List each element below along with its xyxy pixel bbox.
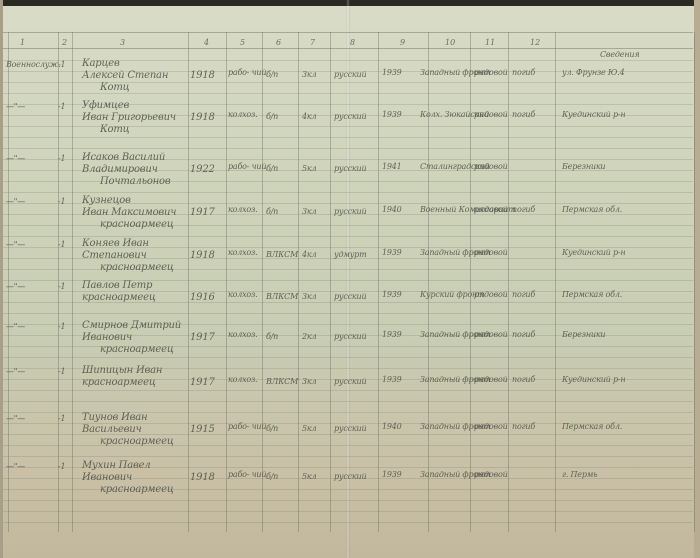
column-rule <box>428 32 429 532</box>
row-status-mark: —"— <box>6 102 25 111</box>
social-origin: рабо- чий <box>228 68 266 77</box>
row-mark: -1 <box>58 60 65 69</box>
person-name-line: Карцев <box>82 58 120 69</box>
education: 3кл <box>302 207 316 216</box>
person-name-line: красноармеец <box>82 377 156 388</box>
party-membership: ВЛКСМ <box>266 292 298 301</box>
birth-year: 1917 <box>190 377 215 388</box>
person-name-line: Иванович <box>82 332 132 343</box>
nationality: русский <box>334 424 366 433</box>
ruled-line <box>3 313 693 314</box>
column-number: 12 <box>530 38 540 47</box>
nationality: русский <box>334 332 366 341</box>
education: 5кл <box>302 164 316 173</box>
person-name-line: Павлов Петр <box>82 280 152 291</box>
person-name-line: Иванович <box>82 472 132 483</box>
person-name-line: красноармеец <box>100 436 174 447</box>
education: 2кл <box>302 332 316 341</box>
row-status-mark: —"— <box>6 240 25 249</box>
person-name-line: Алексей Степан <box>82 70 168 81</box>
ruled-line <box>3 137 693 138</box>
enlisted-year: 1940 <box>382 422 402 431</box>
row-mark: -1 <box>58 367 65 376</box>
scan-left-edge <box>0 0 3 558</box>
enlisted-year: 1939 <box>382 470 402 479</box>
rank: рядовой <box>474 162 508 171</box>
column-rule <box>330 32 331 532</box>
social-origin: колхоз. <box>228 375 258 384</box>
birth-year: 1918 <box>190 472 215 483</box>
person-name-line: Уфимцев <box>82 100 129 111</box>
enlisted-year: 1939 <box>382 290 402 299</box>
education: 3кл <box>302 70 316 79</box>
row-mark: -1 <box>58 197 65 206</box>
enlisted-year: 1941 <box>382 162 402 171</box>
nationality: русский <box>334 292 366 301</box>
fate: погиб <box>512 422 535 431</box>
row-mark: -1 <box>58 282 65 291</box>
ruled-line <box>3 522 693 523</box>
home-address: Березники <box>562 330 605 339</box>
ruled-line <box>3 236 693 237</box>
row-mark: -1 <box>58 240 65 249</box>
row-status-mark: —"— <box>6 197 25 206</box>
person-name-line: Исаков Василий <box>82 152 165 163</box>
header-rule <box>3 48 693 49</box>
person-name-line: Тиунов Иван <box>82 412 147 423</box>
rank: рядовой <box>474 330 508 339</box>
row-status-mark: —"— <box>6 367 25 376</box>
person-name-line: красноармеец <box>82 292 156 303</box>
home-address: Пермская обл. <box>562 290 622 299</box>
education: 3кл <box>302 377 316 386</box>
person-name-line: Котц <box>100 82 129 93</box>
column-number: 4 <box>204 38 209 47</box>
birth-year: 1918 <box>190 70 215 81</box>
enlisted-year: 1939 <box>382 375 402 384</box>
nationality: удмурт <box>334 250 367 259</box>
rank: рядовой <box>474 290 508 299</box>
social-origin: колхоз. <box>228 248 258 257</box>
enlisted-year: 1939 <box>382 68 402 77</box>
person-name-line: красноармеец <box>100 262 174 273</box>
person-name-line: красноармеец <box>100 484 174 495</box>
ruled-line <box>3 500 693 501</box>
row-status-mark: —"— <box>6 322 25 331</box>
ruled-line <box>3 93 693 94</box>
row-status-mark: —"— <box>6 414 25 423</box>
education: 5кл <box>302 472 316 481</box>
social-origin: рабо- чий <box>228 162 266 171</box>
column-rule <box>378 32 379 532</box>
column-number: 7 <box>310 38 315 47</box>
education: 3кл <box>302 292 316 301</box>
fate: погиб <box>512 68 535 77</box>
education: 4кл <box>302 250 316 259</box>
fate: погиб <box>512 330 535 339</box>
header-rule <box>3 32 693 33</box>
home-address: Куединский р-н <box>562 248 625 257</box>
rank: рядовой <box>474 470 508 479</box>
home-address: Березники <box>562 162 605 171</box>
column-rule <box>262 32 263 532</box>
person-name-line: Смирнов Дмитрий <box>82 320 181 331</box>
person-name-line: Шипицын Иван <box>82 365 162 376</box>
birth-year: 1917 <box>190 207 215 218</box>
person-name-line: красноармеец <box>100 219 174 230</box>
birth-year: 1917 <box>190 332 215 343</box>
row-status-mark: Военнослуж. <box>6 60 60 69</box>
row-status-mark: —"— <box>6 154 25 163</box>
home-address: Пермская обл. <box>562 205 622 214</box>
person-name-line: Мухин Павел <box>82 460 150 471</box>
education: 4кл <box>302 112 316 121</box>
column-number: 10 <box>445 38 455 47</box>
column-number: 6 <box>276 38 281 47</box>
person-name-line: Васильевич <box>82 424 142 435</box>
rank: рядовой <box>474 68 508 77</box>
social-origin: колхоз. <box>228 110 258 119</box>
party-membership: б/п <box>266 70 278 79</box>
person-name-line: Степанович <box>82 250 147 261</box>
education: 5кл <box>302 424 316 433</box>
fate: погиб <box>512 375 535 384</box>
nationality: русский <box>334 164 366 173</box>
social-origin: колхоз. <box>228 330 258 339</box>
nationality: русский <box>334 472 366 481</box>
column-number: 9 <box>400 38 405 47</box>
column-rule <box>72 32 73 532</box>
person-name-line: Владимирович <box>82 164 158 175</box>
column-number: 11 <box>485 38 495 47</box>
person-name-line: Коняев Иван <box>82 238 149 249</box>
column-number: 1 <box>20 38 25 47</box>
party-membership: б/п <box>266 112 278 121</box>
column-number: 3 <box>120 38 125 47</box>
column-rule <box>470 32 471 532</box>
social-origin: колхоз. <box>228 205 258 214</box>
home-address: г. Пермь <box>562 470 597 479</box>
person-name-line: Кузнецов <box>82 195 131 206</box>
ruled-line <box>3 401 693 402</box>
social-origin: рабо- чий <box>228 422 266 431</box>
enlisted-year: 1939 <box>382 248 402 257</box>
nationality: русский <box>334 112 366 121</box>
column-rule <box>508 32 509 532</box>
row-status-mark: —"— <box>6 462 25 471</box>
ruled-line <box>3 456 693 457</box>
person-name-line: Иван Григорьевич <box>82 112 176 123</box>
rank: рядовой <box>474 248 508 257</box>
column-rule <box>555 32 556 532</box>
party-membership: ВЛКСМ <box>266 250 298 259</box>
rank: рядовой <box>474 110 508 119</box>
ruled-line <box>3 192 693 193</box>
ruled-line <box>3 511 693 512</box>
enlisted-year: 1940 <box>382 205 402 214</box>
enlisted-year: 1939 <box>382 110 402 119</box>
birth-year: 1922 <box>190 164 215 175</box>
fate: погиб <box>512 110 535 119</box>
row-mark: -1 <box>58 414 65 423</box>
column-rule <box>188 32 189 532</box>
rank: рядовой <box>474 422 508 431</box>
social-origin: колхоз. <box>228 290 258 299</box>
ruled-line <box>3 357 693 358</box>
home-address: Пермская обл. <box>562 422 622 431</box>
nationality: русский <box>334 377 366 386</box>
ledger-page: 123456789101112СведенияВоеннослуж.-1Карц… <box>0 0 700 558</box>
column-rule <box>226 32 227 532</box>
person-name-line: красноармеец <box>100 344 174 355</box>
rank: рядовой <box>474 375 508 384</box>
row-mark: -1 <box>58 102 65 111</box>
row-mark: -1 <box>58 154 65 163</box>
column-number: 2 <box>62 38 67 47</box>
fate: погиб <box>512 290 535 299</box>
party-membership: ВЛКСМ <box>266 377 298 386</box>
scan-top-edge <box>0 0 700 6</box>
column-number: 8 <box>350 38 355 47</box>
nationality: русский <box>334 70 366 79</box>
party-membership: б/п <box>266 472 278 481</box>
person-name-line: Почтальонов <box>100 176 170 187</box>
social-origin: рабо- чий <box>228 470 266 479</box>
person-name-line: Иван Максимович <box>82 207 176 218</box>
fate: погиб <box>512 205 535 214</box>
column-rule <box>694 32 695 532</box>
home-address: Куединский р-н <box>562 375 625 384</box>
row-mark: -1 <box>58 462 65 471</box>
home-address: ул. Фрунзе Ю.4 <box>562 68 625 77</box>
birth-year: 1915 <box>190 424 215 435</box>
rank: рядовой <box>474 205 508 214</box>
ruled-line <box>3 148 693 149</box>
person-name-line: Котц <box>100 124 129 135</box>
header-note: Сведения <box>600 50 639 59</box>
birth-year: 1916 <box>190 292 215 303</box>
birth-year: 1918 <box>190 250 215 261</box>
column-number: 5 <box>240 38 245 47</box>
row-mark: -1 <box>58 322 65 331</box>
home-address: Куединский р-н <box>562 110 625 119</box>
column-rule <box>298 32 299 532</box>
birth-year: 1918 <box>190 112 215 123</box>
enlisted-year: 1939 <box>382 330 402 339</box>
nationality: русский <box>334 207 366 216</box>
party-membership: б/п <box>266 424 278 433</box>
ruled-line <box>3 390 693 391</box>
party-membership: б/п <box>266 164 278 173</box>
party-membership: б/п <box>266 332 278 341</box>
party-membership: б/п <box>266 207 278 216</box>
row-status-mark: —"— <box>6 282 25 291</box>
